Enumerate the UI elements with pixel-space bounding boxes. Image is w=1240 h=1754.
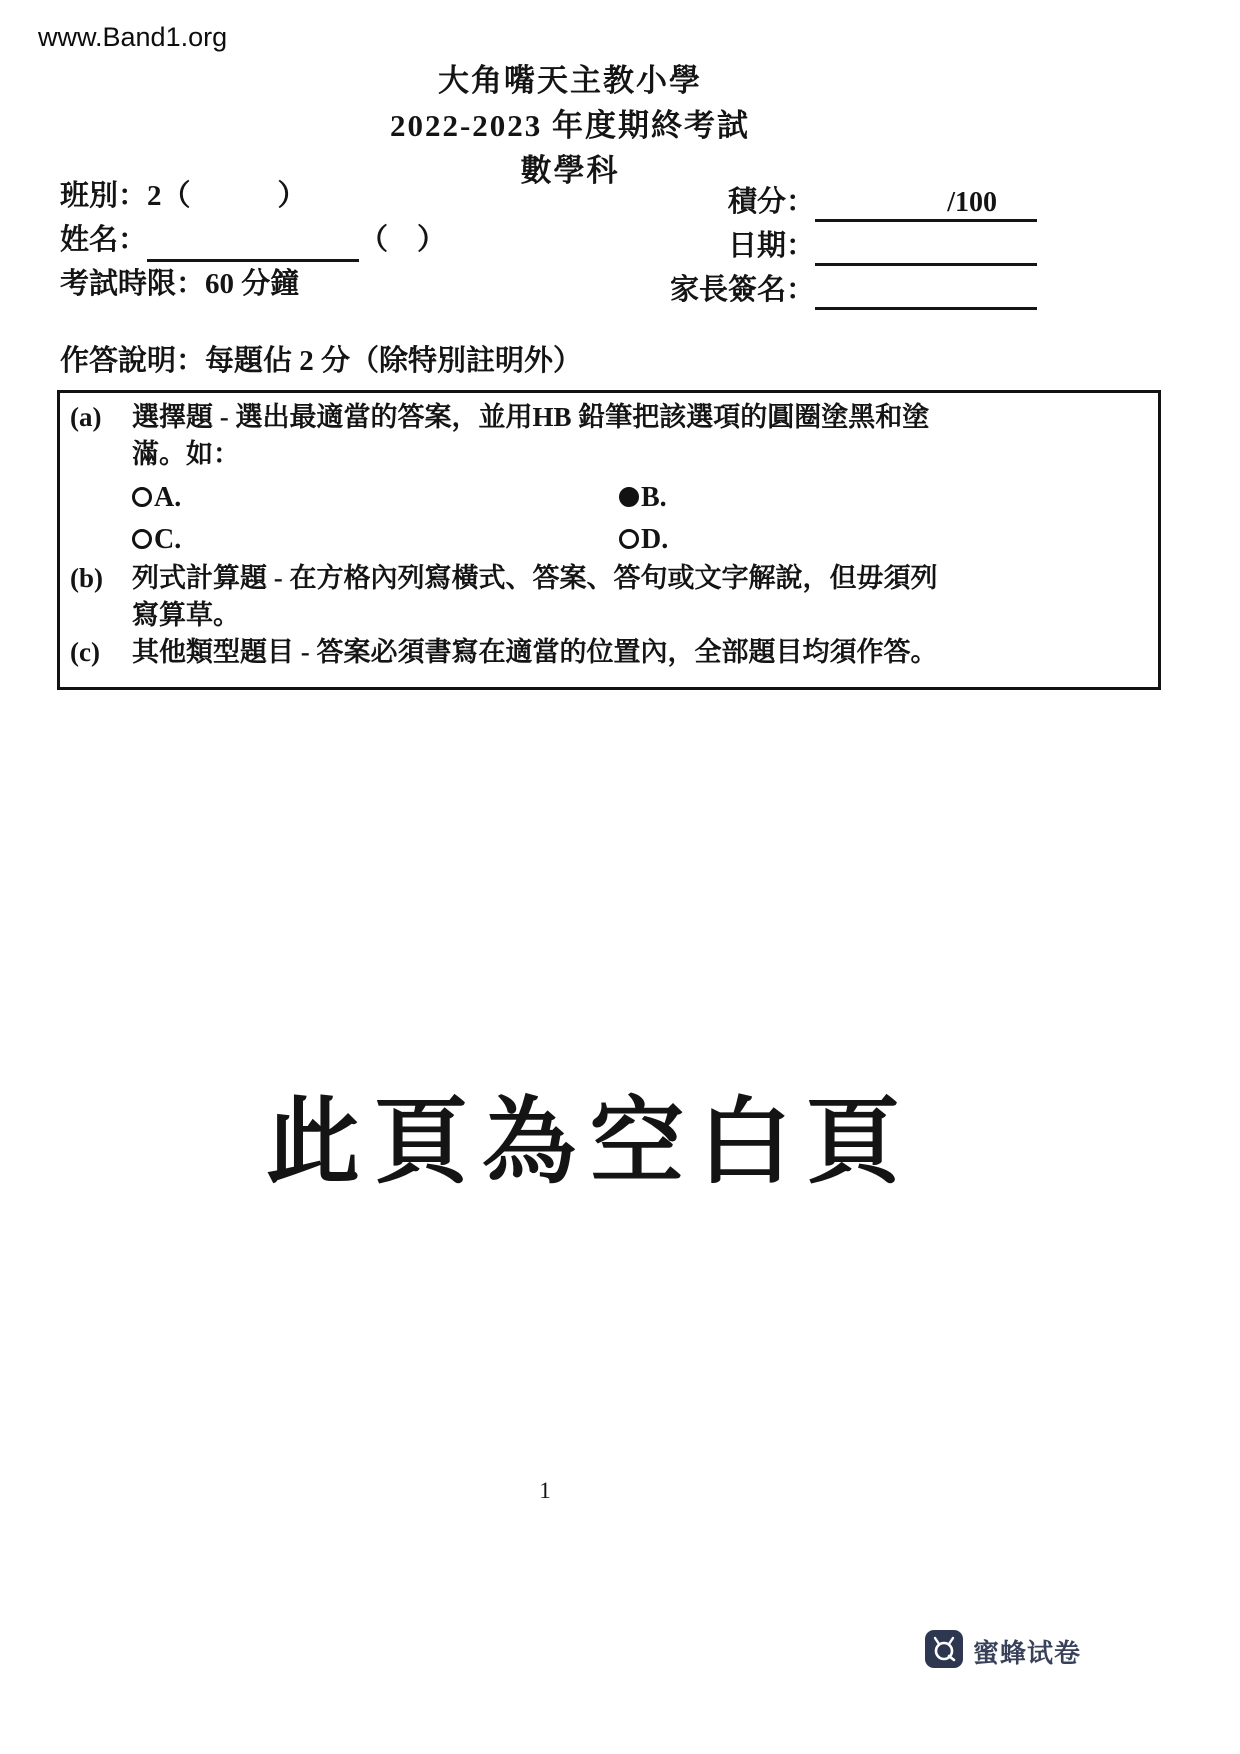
class-field: 班別：2（ ）	[60, 174, 446, 218]
parent-signature-label: 家長簽名：	[620, 270, 815, 310]
example-options: A. B. C. D.	[132, 476, 1150, 560]
instructions-box: (a) 選擇題 - 選出最適當的答案，並用HB 鉛筆把該選項的圓圈塗黑和塗 滿。…	[57, 390, 1161, 690]
date-field: 日期：	[620, 222, 1037, 266]
instruction-a-line2: 滿。如：	[132, 436, 1150, 473]
school-name: 大角嘴天主教小學	[0, 58, 1140, 103]
option-bubble-filled-icon	[619, 487, 639, 507]
name-field-label: 姓名：	[60, 224, 147, 256]
exam-paper-page: www.Band1.org 大角嘴天主教小學 2022-2023 年度期終考試 …	[0, 0, 1240, 1754]
example-option-a: A.	[132, 479, 619, 516]
parent-signature-field: 家長簽名：	[620, 266, 1037, 310]
instruction-b-line1: 列式計算題 - 在方格內列寫橫式、答案、答句或文字解說，但毋須列	[132, 560, 1150, 597]
option-a-label: A.	[154, 479, 181, 516]
watermark-url: www.Band1.org	[38, 22, 227, 53]
date-field-label: 日期：	[620, 226, 815, 266]
brand-logo: 蜜蜂试卷	[925, 1630, 1081, 1673]
option-c-label: C.	[154, 521, 181, 558]
time-limit-field: 考試時限：60 分鐘	[60, 262, 446, 306]
instruction-a: (a) 選擇題 - 選出最適當的答案，並用HB 鉛筆把該選項的圓圈塗黑和塗 滿。…	[70, 399, 1150, 560]
score-blank-line: /100	[815, 186, 1037, 222]
exam-header: 大角嘴天主教小學 2022-2023 年度期終考試 數學科	[0, 58, 1140, 193]
instruction-c-tag: (c)	[70, 634, 132, 671]
example-option-c: C.	[132, 521, 619, 558]
example-options-row-1: A. B.	[132, 476, 1150, 518]
score-field-label: 積分：	[620, 182, 815, 222]
option-b-label: B.	[641, 479, 667, 516]
option-bubble-empty-icon	[132, 487, 152, 507]
student-info-left: 班別：2（ ） 姓名：（ ） 考試時限：60 分鐘	[60, 174, 446, 306]
page-number: 1	[0, 1478, 1090, 1504]
instruction-b-text: 列式計算題 - 在方格內列寫橫式、答案、答句或文字解說，但毋須列 寫算草。	[132, 560, 1150, 634]
instruction-a-line1: 選擇題 - 選出最適當的答案，並用HB 鉛筆把該選項的圓圈塗黑和塗	[132, 399, 1150, 436]
option-bubble-empty-icon	[619, 529, 639, 549]
instruction-a-tag: (a)	[70, 399, 132, 436]
blank-page-notice: 此頁為空白頁	[0, 1066, 1180, 1201]
option-d-label: D.	[641, 521, 668, 558]
instruction-c-text: 其他類型題目 - 答案必須書寫在適當的位置內，全部題目均須作答。	[132, 634, 1150, 671]
parent-signature-blank-line	[815, 274, 1037, 310]
answer-instructions-note: 作答說明：每題佔 2 分（除特別註明外）	[60, 338, 582, 379]
instruction-c: (c) 其他類型題目 - 答案必須書寫在適當的位置內，全部題目均須作答。	[70, 634, 1150, 671]
option-bubble-empty-icon	[132, 529, 152, 549]
instruction-c-line1: 其他類型題目 - 答案必須書寫在適當的位置內，全部題目均須作答。	[132, 634, 1150, 671]
instruction-b-line2: 寫算草。	[132, 597, 1150, 634]
name-field: 姓名：（ ）	[60, 218, 446, 262]
brand-text: 蜜蜂试卷	[973, 1633, 1081, 1670]
example-option-d: D.	[619, 521, 668, 558]
class-field-label: 班別：2（ ）	[60, 180, 307, 212]
date-blank-line	[815, 230, 1037, 266]
name-blank-line	[147, 230, 359, 262]
exam-title: 2022-2023 年度期終考試	[0, 103, 1140, 148]
instruction-b-tag: (b)	[70, 560, 132, 597]
score-field: 積分：/100	[620, 178, 1037, 222]
example-options-row-2: C. D.	[132, 518, 1150, 560]
instruction-a-text: 選擇題 - 選出最適當的答案，並用HB 鉛筆把該選項的圓圈塗黑和塗 滿。如： A…	[132, 399, 1150, 560]
name-class-number-paren: （ ）	[359, 224, 446, 256]
time-limit-label: 考試時限：60 分鐘	[60, 268, 299, 300]
instruction-b: (b) 列式計算題 - 在方格內列寫橫式、答案、答句或文字解說，但毋須列 寫算草…	[70, 560, 1150, 634]
student-info-right: 積分：/100 日期： 家長簽名：	[620, 178, 1037, 310]
bee-logo-icon	[925, 1630, 963, 1673]
example-option-b: B.	[619, 479, 667, 516]
